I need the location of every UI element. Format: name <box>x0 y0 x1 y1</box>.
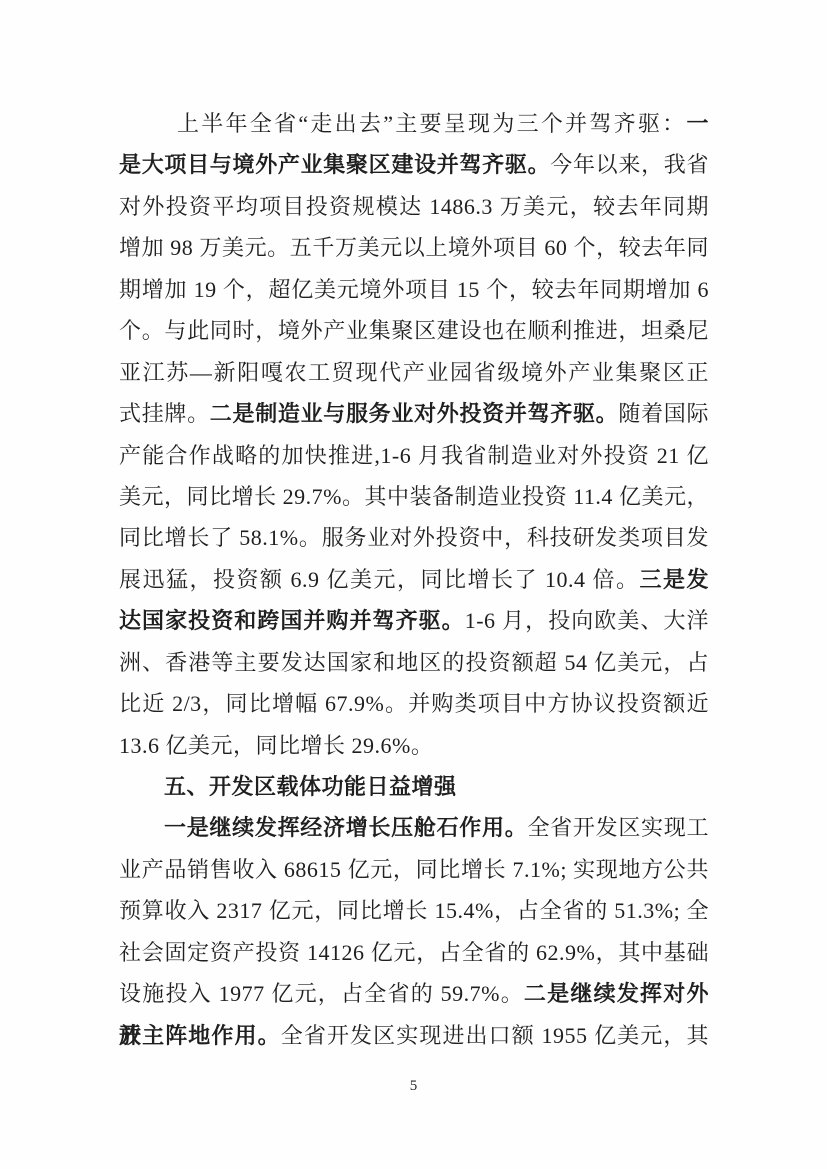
text-line: 13.6 亿美元，同比增长 29.6%。 <box>119 725 709 766</box>
text-segment: 对外投资平均项目投资规模达 1486.3 万美元，较去年同期 <box>119 194 709 219</box>
text-segment: 一是继续发挥经济增长压舱石作用。 <box>164 815 527 840</box>
text-segment: 社会固定资产投资 14126 亿元，占全省的 62.9%，其中基础 <box>119 940 709 965</box>
text-line: 展迅猛，投资额 6.9 亿美元，同比增长了 10.4 倍。三是发 <box>119 559 709 600</box>
text-segment: 增加 98 万美元。五千万美元以上境外项目 60 个，较去年同 <box>119 235 709 260</box>
text-segment: 展迅猛，投资额 6.9 亿美元，同比增长了 10.4 倍。 <box>119 567 639 592</box>
text-segment: 今年以来，我省 <box>550 152 709 177</box>
text-segment: 放主阵地作用。 <box>119 1023 281 1048</box>
text-line: 增加 98 万美元。五千万美元以上境外项目 60 个，较去年同 <box>119 227 709 268</box>
section-heading: 五、开发区载体功能日益增强 <box>119 766 709 807</box>
text-line: 亚江苏—新阳嘎农工贸现代产业园省级境外产业集聚区正 <box>119 352 709 393</box>
text-segment: 上半年全省“走出去”主要呈现为三个并驾齐驱： <box>177 111 686 136</box>
text-segment: 同比增长了 58.1%。服务业对外投资中，科技研发类项目发 <box>119 525 709 550</box>
page-number: 5 <box>410 1078 418 1094</box>
text-segment: 洲、香港等主要发达国家和地区的投资额超 54 亿美元，占 <box>119 650 709 675</box>
text-segment: 1-6 月，投向欧美、大洋 <box>465 608 709 633</box>
text-line: 个。与此同时，境外产业集聚区建设也在顺利推进，坦桑尼 <box>119 310 709 351</box>
text-segment: 二是制造业与服务业对外投资并驾齐驱。 <box>210 401 619 426</box>
text-segment: 比近 2/3，同比增幅 67.9%。并购类项目中方协议投资额近 <box>119 691 709 716</box>
text-segment: 五、开发区载体功能日益增强 <box>164 774 457 799</box>
text-segment: 是大项目与境外产业集聚区建设并驾齐驱。 <box>119 152 550 177</box>
text-line: 洲、香港等主要发达国家和地区的投资额超 54 亿美元，占 <box>119 642 709 683</box>
text-segment: 一 <box>686 111 709 136</box>
text-line: 美元，同比增长 29.7%。其中装备制造业投资 11.4 亿美元， <box>119 476 709 517</box>
text-line: 对外投资平均项目投资规模达 1486.3 万美元，较去年同期 <box>119 186 709 227</box>
text-line: 式挂牌。二是制造业与服务业对外投资并驾齐驱。随着国际 <box>119 393 709 434</box>
text-segment: 个。与此同时，境外产业集聚区建设也在顺利推进，坦桑尼 <box>119 318 709 343</box>
text-segment: 美元，同比增长 29.7%。其中装备制造业投资 11.4 亿美元， <box>119 484 709 509</box>
text-line: 社会固定资产投资 14126 亿元，占全省的 62.9%，其中基础 <box>119 932 709 973</box>
document-page: 上半年全省“走出去”主要呈现为三个并驾齐驱：一是大项目与境外产业集聚区建设并驾齐… <box>0 0 827 1169</box>
text-line: 是大项目与境外产业集聚区建设并驾齐驱。今年以来，我省 <box>119 144 709 185</box>
text-line: 达国家投资和跨国并购并驾齐驱。1-6 月，投向欧美、大洋 <box>119 600 709 641</box>
text-segment: 产能合作战略的加快推进,1-6 月我省制造业对外投资 21 亿 <box>119 443 709 468</box>
document-body: 上半年全省“走出去”主要呈现为三个并驾齐驱：一是大项目与境外产业集聚区建设并驾齐… <box>119 103 709 1056</box>
text-segment: 13.6 亿美元，同比增长 29.6%。 <box>119 733 433 758</box>
text-line: 设施投入 1977 亿元，占全省的 59.7%。二是继续发挥对外开 <box>119 973 709 1014</box>
text-line: 同比增长了 58.1%。服务业对外投资中，科技研发类项目发 <box>119 517 709 558</box>
text-segment: 达国家投资和跨国并购并驾齐驱。 <box>119 608 465 633</box>
text-segment: 随着国际 <box>618 401 709 426</box>
text-segment: 期增加 19 个，超亿美元境外项目 15 个，较去年同期增加 6 <box>119 277 709 302</box>
text-line: 期增加 19 个，超亿美元境外项目 15 个，较去年同期增加 6 <box>119 269 709 310</box>
text-segment: 业产品销售收入 68615 亿元，同比增长 7.1%; 实现地方公共 <box>119 857 709 882</box>
text-line: 一是继续发挥经济增长压舱石作用。全省开发区实现工 <box>119 807 709 848</box>
text-line: 放主阵地作用。全省开发区实现进出口额 1955 亿美元，其 <box>119 1015 709 1056</box>
text-segment: 三是发 <box>639 567 709 592</box>
text-segment: 亚江苏—新阳嘎农工贸现代产业园省级境外产业集聚区正 <box>119 360 709 385</box>
text-line: 比近 2/3，同比增幅 67.9%。并购类项目中方协议投资额近 <box>119 683 709 724</box>
text-segment: 式挂牌。 <box>119 401 210 426</box>
text-segment: 设施投入 1977 亿元，占全省的 59.7%。 <box>119 981 524 1006</box>
text-segment: 全省开发区实现进出口额 1955 亿美元，其 <box>281 1023 709 1048</box>
text-line: 业产品销售收入 68615 亿元，同比增长 7.1%; 实现地方公共 <box>119 849 709 890</box>
text-segment: 全省开发区实现工 <box>527 815 709 840</box>
text-segment: 预算收入 2317 亿元，同比增长 15.4%，占全省的 51.3%; 全 <box>119 898 709 923</box>
text-line: 预算收入 2317 亿元，同比增长 15.4%，占全省的 51.3%; 全 <box>119 890 709 931</box>
text-line: 上半年全省“走出去”主要呈现为三个并驾齐驱：一 <box>119 103 709 144</box>
page-footer: 5 <box>0 1078 827 1095</box>
text-line: 产能合作战略的加快推进,1-6 月我省制造业对外投资 21 亿 <box>119 435 709 476</box>
